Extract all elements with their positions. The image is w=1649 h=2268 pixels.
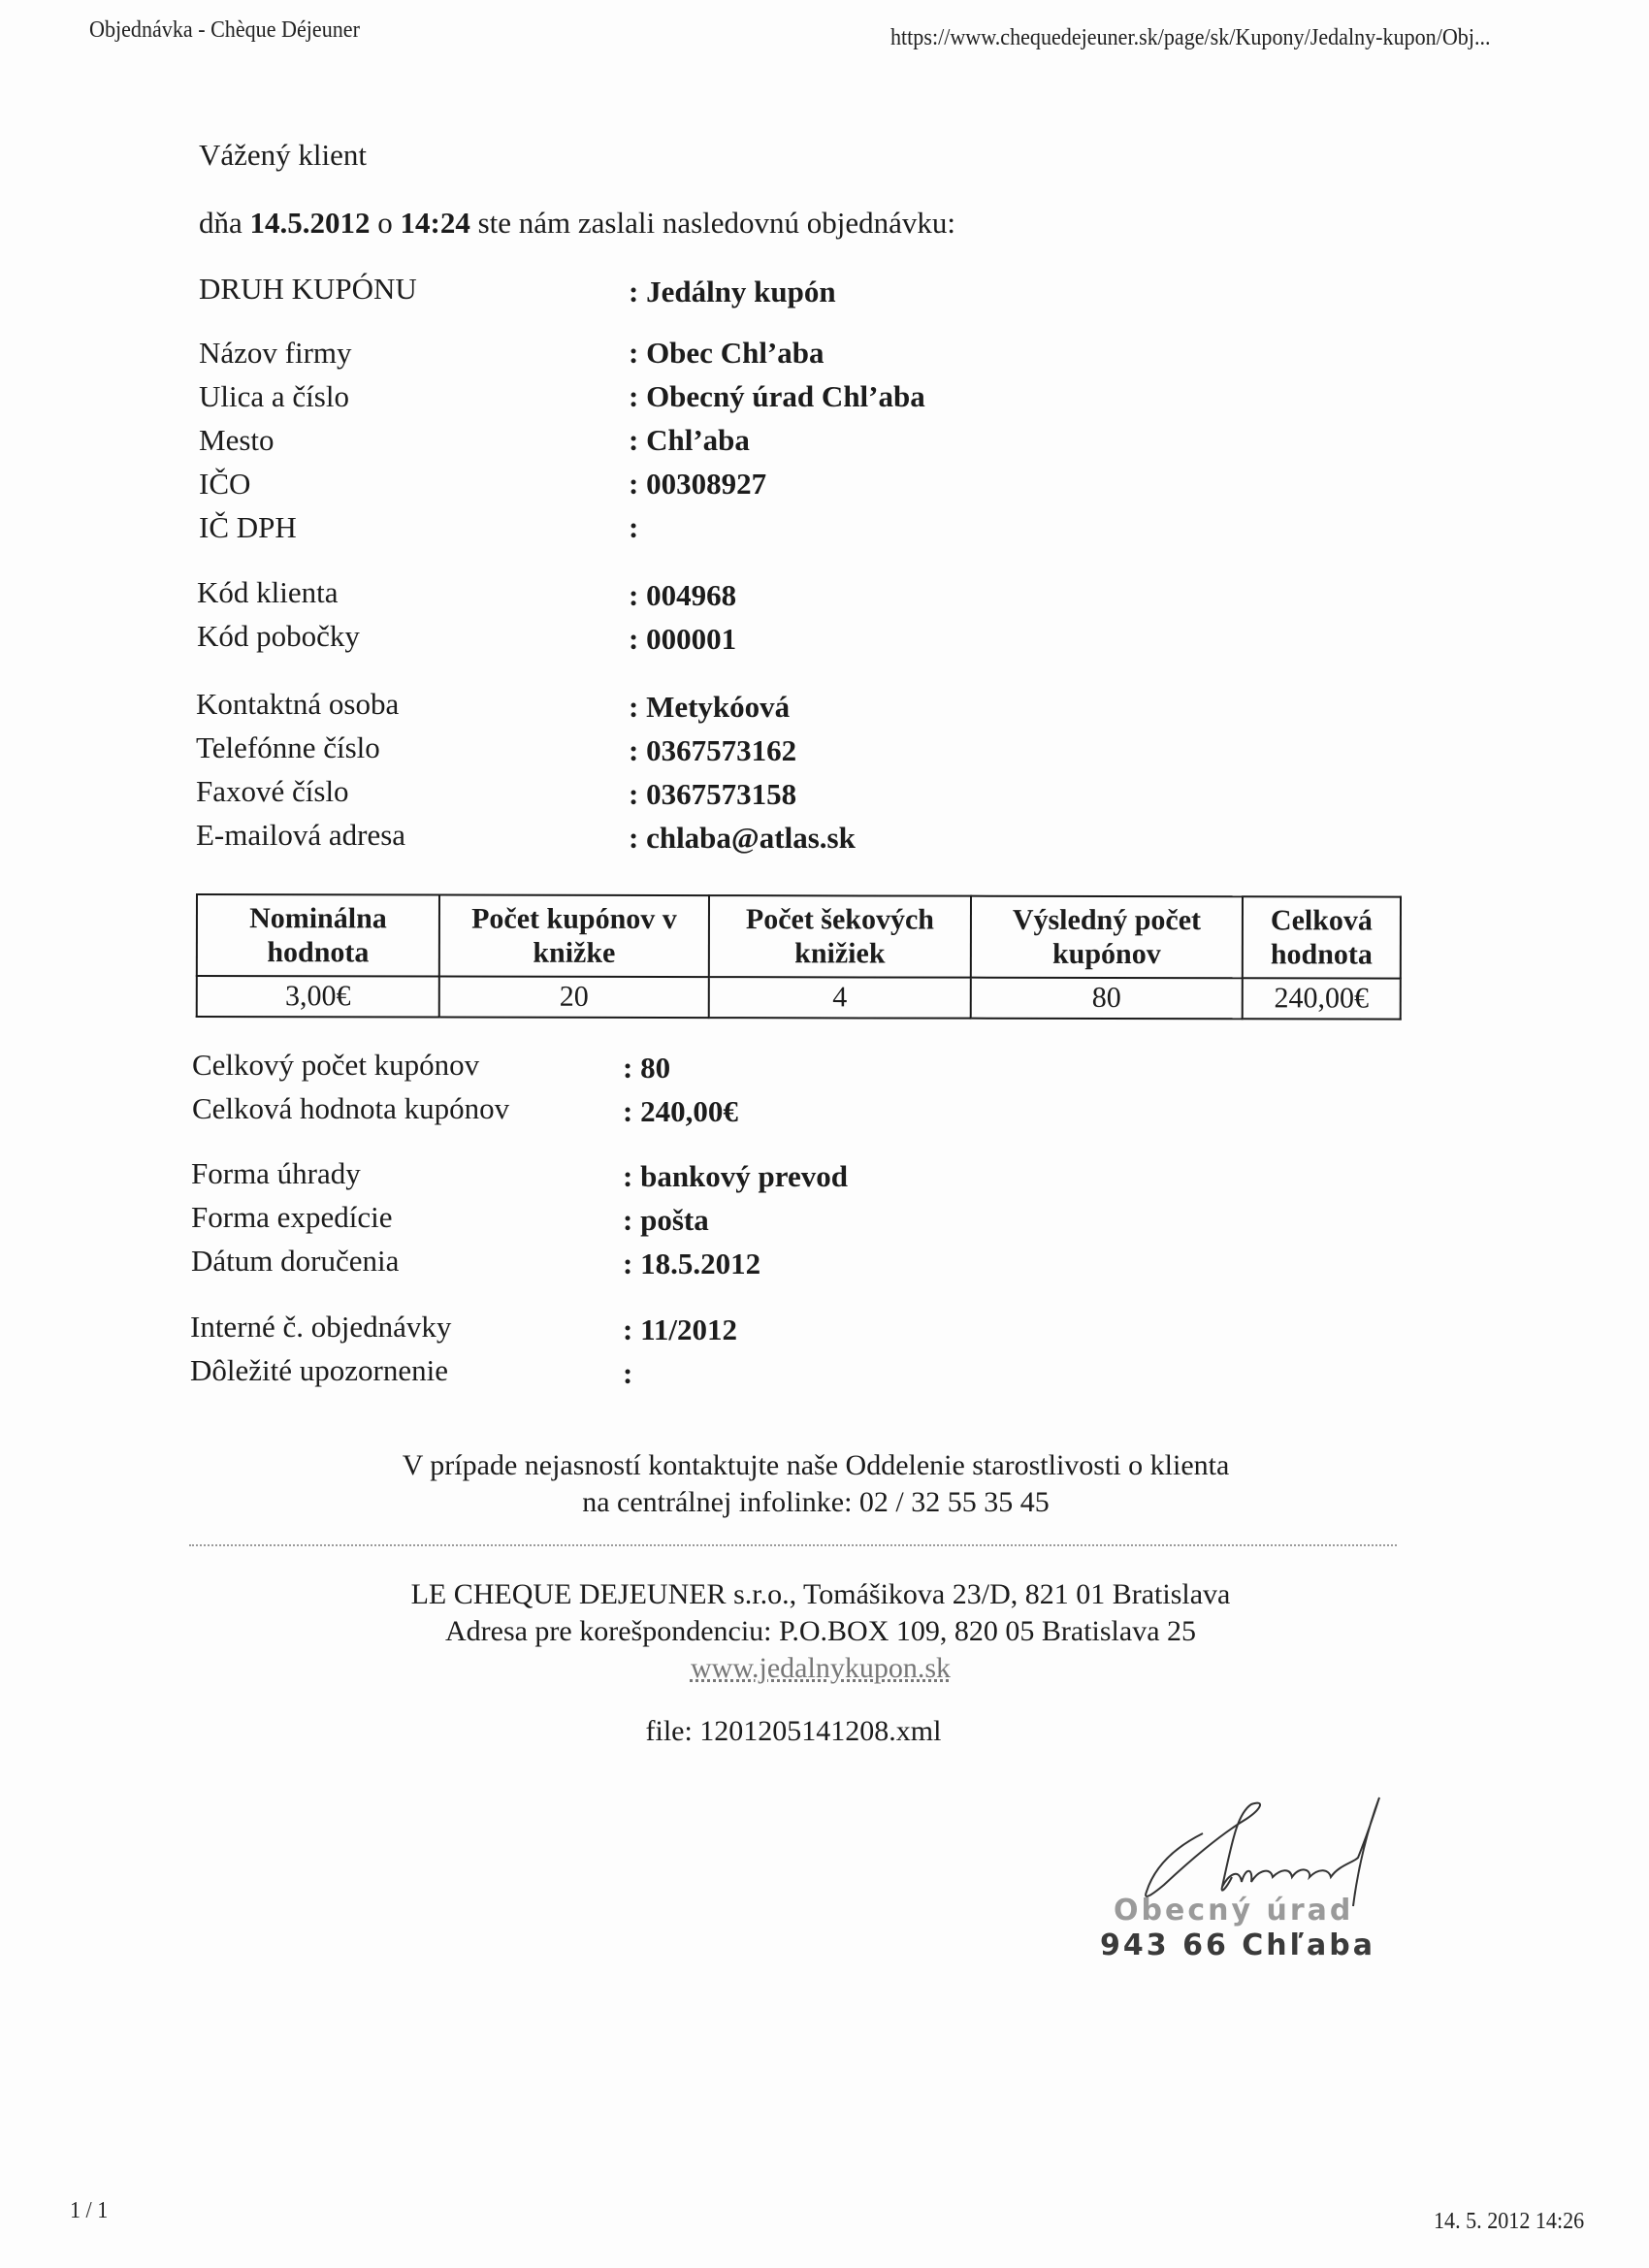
field-value: : chlaba@atlas.sk (629, 821, 856, 856)
intro-mid: o (377, 206, 393, 240)
field-label: Dátum doručenia (191, 1244, 399, 1279)
payment-method-row: Forma úhrady : bankový prevod (191, 1156, 1549, 1195)
contact-person-row: Kontaktná osoba : Metykóová (196, 687, 1554, 726)
field-value: : Jedálny kupón (629, 275, 836, 309)
print-header-title: Objednávka - Chèque Déjeuner (89, 17, 360, 44)
order-date: 14.5.2012 (250, 206, 371, 240)
delivery-date-row: Dátum doručenia : 18.5.2012 (191, 1244, 1549, 1282)
email-row: E-mailová adresa : chlaba@atlas.sk (196, 818, 1554, 857)
field-value: : 000001 (629, 622, 736, 657)
field-label: Celková hodnota kupónov (192, 1091, 509, 1126)
internal-order-row: Interné č. objednávky : 11/2012 (190, 1310, 1548, 1348)
field-value: : 80 (623, 1051, 670, 1085)
field-label: Kontaktná osoba (196, 687, 399, 722)
order-table: Nominálna hodnota Počet kupónov v knižke… (196, 893, 1402, 1021)
field-label: Telefónne číslo (196, 730, 380, 765)
field-label: Ulica a číslo (199, 379, 349, 414)
column-header: Celková hodnota (1243, 896, 1401, 978)
file-name: file: 1201205141208.xml (0, 1715, 1618, 1748)
ico-row: IČO : 00308927 (199, 467, 1557, 505)
field-label: Faxové číslo (196, 774, 349, 809)
field-value: : Obecný úrad Chl’aba (629, 379, 925, 414)
field-value: : 0367573158 (629, 777, 796, 812)
field-value: : Metykóová (629, 690, 790, 725)
column-header: Počet kupónov v knižke (439, 895, 709, 978)
field-value: : 0367573162 (629, 733, 796, 768)
coupon-type-row: DRUH KUPÓNU : Jedálny kupón (199, 272, 1557, 310)
city-row: Mesto : Chl’aba (199, 423, 1557, 462)
print-datetime: 14. 5. 2012 14:26 (1434, 2209, 1584, 2235)
footer-company: LE CHEQUE DEJEUNER s.r.o., Tomášikova 23… (0, 1578, 1645, 1611)
field-label: Celkový počet kupónov (192, 1048, 479, 1083)
divider (189, 1544, 1397, 1546)
field-label: Forma úhrady (191, 1156, 361, 1191)
field-label: IČ DPH (199, 510, 297, 545)
intro-prefix: dňa (199, 206, 242, 240)
table-cell: 4 (709, 977, 971, 1019)
support-line-2: na centrálnej infolinke: 02 / 32 55 35 4… (0, 1486, 1640, 1519)
footer-correspondence: Adresa pre korešpondenciu: P.O.BOX 109, … (0, 1615, 1645, 1648)
field-label: E-mailová adresa (196, 818, 405, 853)
field-value: : 18.5.2012 (623, 1247, 760, 1281)
total-count-row: Celkový počet kupónov : 80 (192, 1048, 1550, 1086)
table-cell: 80 (971, 978, 1243, 1020)
field-value: : 004968 (629, 578, 736, 613)
field-label: Mesto (199, 423, 275, 458)
print-header-url: https://www.chequedejeuner.sk/page/sk/Ku… (890, 25, 1491, 51)
table-header-row: Nominálna hodnota Počet kupónov v knižke… (197, 894, 1401, 979)
field-value: : Chl’aba (629, 423, 750, 458)
field-value: : (623, 1356, 632, 1391)
field-value: : bankový prevod (623, 1159, 848, 1194)
column-header: Výsledný počet kupónov (971, 896, 1243, 979)
field-value: : 240,00€ (623, 1094, 738, 1129)
field-value: : 11/2012 (623, 1312, 737, 1347)
website-link[interactable]: www.jedalnykupon.sk (691, 1652, 951, 1684)
table-row: 3,00€ 20 4 80 240,00€ (197, 976, 1401, 1020)
important-notice-row: Dôležité upozornenie : (190, 1353, 1548, 1392)
company-name-row: Názov firmy : Obec Chl’aba (199, 336, 1557, 374)
intro-suffix: ste nám zaslali nasledovnú objednávku: (478, 206, 955, 240)
field-label: Názov firmy (199, 336, 352, 371)
footer-website-wrap: www.jedalnykupon.sk (0, 1652, 1645, 1685)
page-number: 1 / 1 (70, 2198, 108, 2224)
fax-row: Faxové číslo : 0367573158 (196, 774, 1554, 813)
field-value: : Obec Chl’aba (629, 336, 824, 371)
client-code-row: Kód klienta : 004968 (197, 575, 1555, 614)
field-label: Kód klienta (197, 575, 339, 610)
field-value: : pošta (623, 1203, 709, 1238)
field-value: : (629, 510, 638, 545)
stamp-line-1: Obecný úrad (1114, 1894, 1353, 1928)
stamp-line-2: 943 66 Chľaba (1100, 1928, 1375, 1962)
shipping-method-row: Forma expedície : pošta (191, 1200, 1549, 1239)
greeting: Vážený klient (199, 138, 367, 173)
support-line-1: V prípade nejasností kontaktujte naše Od… (0, 1449, 1640, 1482)
street-row: Ulica a číslo : Obecný úrad Chl’aba (199, 379, 1557, 418)
order-time: 14:24 (401, 206, 470, 240)
field-label: DRUH KUPÓNU (199, 272, 417, 307)
table-cell: 3,00€ (197, 976, 439, 1018)
field-value: : 00308927 (629, 467, 766, 502)
branch-code-row: Kód pobočky : 000001 (197, 619, 1555, 658)
intro-line: dňa 14.5.2012 o 14:24 ste nám zaslali na… (199, 206, 955, 241)
total-value-row: Celková hodnota kupónov : 240,00€ (192, 1091, 1550, 1130)
field-label: IČO (199, 467, 250, 502)
phone-row: Telefónne číslo : 0367573162 (196, 730, 1554, 769)
field-label: Dôležité upozornenie (190, 1353, 448, 1388)
field-label: Kód pobočky (197, 619, 360, 654)
field-label: Forma expedície (191, 1200, 392, 1235)
vat-row: IČ DPH : (199, 510, 1557, 549)
table-cell: 240,00€ (1243, 978, 1401, 1019)
column-header: Nominálna hodnota (197, 894, 439, 977)
field-label: Interné č. objednávky (190, 1310, 451, 1345)
column-header: Počet šekových knižiek (709, 895, 971, 978)
table-cell: 20 (439, 977, 709, 1019)
